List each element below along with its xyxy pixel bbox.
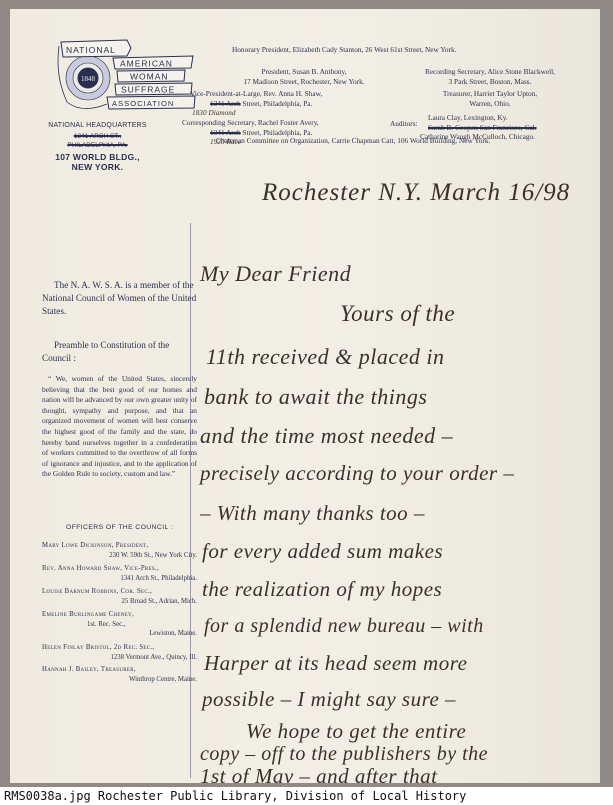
letter-line: for every added sum makes (202, 539, 443, 564)
council-officer-name: Hannah J. Bailey, Treasurer, (42, 665, 197, 675)
hq-label: NATIONAL HEADQUARTERS (30, 122, 165, 129)
council-officer: Rev. Anna Howard Shaw, Vice-Pres., 1341 … (42, 564, 197, 583)
vice-president-name: Vice-President-at-Large, Rev. Anna H. Sh… (190, 89, 322, 99)
logo-word-national: NATIONAL (66, 45, 116, 55)
council-officers-heading: OFFICERS OF THE COUNCIL : (42, 524, 197, 531)
council-officer-name: Helen Finlay Bristol, 2d Rec. Sec., (42, 643, 197, 653)
auditor-struck: Sarah B. Cooper, San Francisco, Cal. (428, 123, 537, 133)
letter-line: 11th received & placed in (206, 344, 445, 370)
preamble-quote: “ We, women of the United States, sincer… (42, 374, 197, 480)
letter-line: Yours of the (340, 301, 455, 327)
honorary-president: Honorary President, Elizabeth Cady Stant… (232, 45, 456, 55)
letter-dateline: Rochester N.Y. March 16/98 (262, 179, 570, 207)
letter-line: – With many thanks too – (200, 501, 425, 526)
headquarters-block: NATIONAL HEADQUARTERS 1341 ARCH ST., PHI… (30, 122, 165, 172)
letter-line: the realization of my hopes (202, 577, 442, 602)
council-officer-name: Emeline Burlingame Cheney, (42, 610, 197, 620)
council-officer-address: 1238 Vermont Ave., Quincy, Ill. (42, 653, 197, 663)
council-officer-address: 230 W. 59th St., New York City. (42, 551, 197, 561)
council-officer-name: Rev. Anna Howard Shaw, Vice-Pres., (42, 564, 197, 574)
council-officer-address: 1st. Rec. Sec., (42, 620, 197, 630)
preamble-heading: Preamble to Constitution of the Council … (42, 339, 197, 365)
president-block: President, Susan B. Anthony, 17 Madison … (234, 67, 374, 86)
treasurer-address: Warren, Ohio. (405, 99, 575, 109)
letter-line: copy – off to the publishers by the (200, 743, 488, 766)
letter-line: for a splendid new bureau – with (204, 615, 484, 638)
treasurer-block: Treasurer, Harriet Taylor Upton, Warren,… (405, 89, 575, 108)
logo-year: 1848 (81, 75, 96, 83)
letter-line: precisely according to your order – (200, 461, 514, 486)
hq-address-2: NEW YORK. (30, 162, 165, 172)
letter-line: bank to await the things (204, 384, 427, 410)
vice-president-struck-address: 1341 Arch (210, 99, 241, 108)
logo-word-woman: WOMAN (130, 72, 169, 82)
letter-line: possible – I might say sure – (202, 687, 456, 712)
letter-line-salutation: My Dear Friend (200, 261, 351, 287)
council-officer: Mary Lowe Dickinson, President, 230 W. 5… (42, 541, 197, 560)
letter-page: NATIONAL AMERICAN WOMAN SUFFRAGE ASSOCIA… (10, 9, 600, 783)
president-name: President, Susan B. Anthony, (234, 67, 374, 77)
auditors-label: Auditors: (390, 119, 418, 129)
treasurer-name: Treasurer, Harriet Taylor Upton, (405, 89, 575, 99)
president-address: 17 Madison Street, Rochester, New York. (234, 77, 374, 87)
council-officer-address-2: Lewiston, Maine. (42, 629, 197, 639)
council-officer: Helen Finlay Bristol, 2d Rec. Sec., 1238… (42, 643, 197, 662)
vice-president-block: Vice-President-at-Large, Rev. Anna H. Sh… (190, 89, 322, 118)
council-officer: Hannah J. Bailey, Treasurer, Winthrop Ce… (42, 665, 197, 684)
council-officer: Emeline Burlingame Cheney, 1st. Rec. Sec… (42, 599, 197, 639)
hq-address-1: 107 WORLD BLDG., (30, 152, 165, 162)
letter-line: 1st of May – and after that (200, 764, 438, 783)
recording-secretary-block: Recording Secretary, Alice Stone Blackwe… (390, 67, 590, 86)
letter-line: Harper at its head seem more (204, 651, 467, 676)
logo-word-suffrage: SUFFRAGE (121, 85, 175, 95)
letter-line: and the time most needed – (200, 423, 453, 449)
preamble-heading-text: Preamble to Constitution of the Council … (42, 339, 197, 365)
auditor-1: Laura Clay, Lexington, Ky. (428, 113, 537, 123)
preamble-quote-text: “ We, women of the United States, sincer… (42, 374, 197, 480)
logo-word-association: ASSOCIATION (112, 99, 174, 108)
nawsa-membership-note: The N. A. W. S. A. is a member of the Na… (42, 279, 197, 318)
council-officer-name: Mary Lowe Dickinson, President, (42, 541, 197, 551)
recording-secretary-address: 3 Park Street, Boston, Mass. (390, 77, 590, 87)
council-officer-address: 1341 Arch St., Philadelphia. (42, 574, 197, 584)
vice-president-correction: 1830 Diamond (190, 108, 322, 118)
council-officer-address: Winthrop Centre, Maine. (42, 675, 197, 685)
vice-president-address: Street, Philadelphia, Pa. (241, 99, 313, 108)
recording-secretary-name: Recording Secretary, Alice Stone Blackwe… (390, 67, 590, 77)
council-officer-name: Louise Barnum Robbins, Cor. Sec., (42, 587, 197, 597)
nawsa-logo: NATIONAL AMERICAN WOMAN SUFFRAGE ASSOCIA… (57, 36, 197, 116)
hq-struck-line-1: 1341 ARCH ST., (30, 133, 165, 140)
logo-word-american: AMERICAN (120, 59, 173, 69)
chairman-organization: Chairman Committee on Organization, Carr… (216, 136, 490, 146)
corresponding-secretary-name: Corresponding Secretary, Rachel Foster A… (182, 118, 319, 128)
membership-text: The N. A. W. S. A. is a member of the Na… (42, 279, 197, 318)
hq-struck-line-2: PHILADELPHIA, PA. (30, 142, 165, 149)
image-caption: RMS0038a.jpg Rochester Public Library, D… (4, 787, 613, 805)
letter-line: We hope to get the entire (246, 719, 466, 744)
